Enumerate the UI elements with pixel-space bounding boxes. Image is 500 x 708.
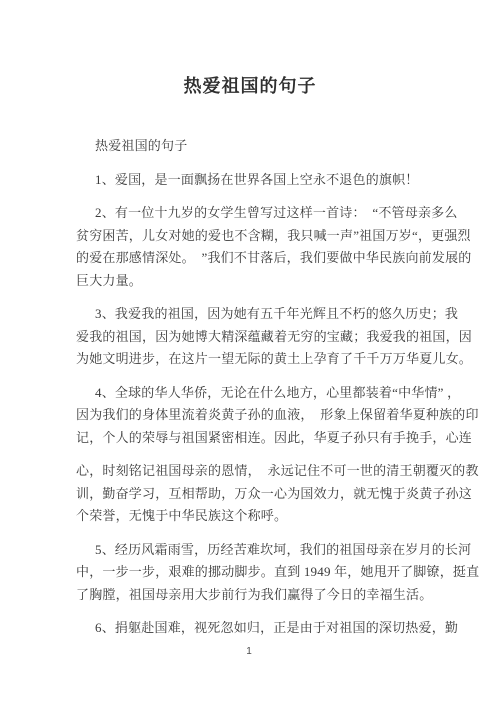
text-line: 个荣誉，无愧于中华民族这个称呼。: [76, 505, 422, 528]
paragraph: 1、爱国，是一面飘扬在世界各国上空永不退色的旗帜！: [76, 169, 422, 192]
text-line: 热爱祖国的句子: [76, 135, 422, 158]
paragraph: 心，时刻铭记祖国母亲的恩情， 永远记住不可一世的清王朝覆灭的教训，勤奋学习，互相…: [76, 460, 422, 528]
text-line: 6、捐躯赴国难，视死忽如归，正是由于对祖国的深切热爱，勤: [76, 617, 422, 640]
text-line: 中，一步一步，艰难的挪动脚步。直到 1949 年，她甩开了脚镣，挺直: [76, 561, 422, 584]
page-number: 1: [246, 646, 252, 657]
text-line: 的爱在那感情深处。 ”我们不甘落后，我们要做中华民族向前发展的: [76, 247, 422, 270]
document-page: 热爱祖国的句子 热爱祖国的句子1、爱国，是一面飘扬在世界各国上空永不退色的旗帜！…: [0, 0, 500, 708]
text-line: 3、我爱我的祖国，因为她有五千年光辉且不朽的悠久历史；我: [76, 303, 422, 326]
text-line: 2、有一位十九岁的女学生曾写过这样一首诗： “不管母亲多么: [76, 202, 422, 225]
text-line: 为她文明进步，在这片一望无际的黄土上孕育了千千万万华夏儿女。: [76, 348, 422, 371]
text-line: 训，勤奋学习，互相帮助，万众一心为国效力，就无愧于炎黄子孙这: [76, 483, 422, 506]
text-line: 5、经历风霜雨雪，历经苦难坎坷，我们的祖国母亲在岁月的长河: [76, 539, 422, 562]
document-title: 热爱祖国的句子: [0, 0, 500, 96]
text-line: 了胸膛，祖国母亲用大步前行为我们赢得了今日的幸福生活。: [76, 584, 422, 607]
text-line: 记，个人的荣辱与祖国紧密相连。因此，华夏子孙只有手挽手，心连: [76, 427, 422, 450]
paragraph: 5、经历风霜雨雪，历经苦难坎坷，我们的祖国母亲在岁月的长河中，一步一步，艰难的挪…: [76, 539, 422, 607]
text-line: 1、爱国，是一面飘扬在世界各国上空永不退色的旗帜！: [76, 169, 422, 192]
paragraph: 4、全球的华人华侨，无论在什么地方，心里都装着“中华情” ，因为我们的身体里流着…: [76, 382, 422, 450]
text-line: 因为我们的身体里流着炎黄子孙的血液， 形象上保留着华夏种族的印: [76, 404, 422, 427]
text-line: 巨大力量。: [76, 270, 422, 293]
text-line: 爱我的祖国，因为她博大精深蕴藏着无穷的宝藏；我爱我的祖国，因: [76, 326, 422, 349]
text-line: 心，时刻铭记祖国母亲的恩情， 永远记住不可一世的清王朝覆灭的教: [76, 460, 422, 483]
paragraph: 2、有一位十九岁的女学生曾写过这样一首诗： “不管母亲多么贫穷困苦，儿女对她的爱…: [76, 202, 422, 292]
text-line: 4、全球的华人华侨，无论在什么地方，心里都装着“中华情” ，: [76, 382, 422, 405]
page-footer: 1: [76, 645, 422, 659]
document-body: 热爱祖国的句子1、爱国，是一面飘扬在世界各国上空永不退色的旗帜！2、有一位十九岁…: [76, 135, 422, 640]
paragraph: 3、我爱我的祖国，因为她有五千年光辉且不朽的悠久历史；我爱我的祖国，因为她博大精…: [76, 303, 422, 371]
paragraph: 热爱祖国的句子: [76, 135, 422, 158]
paragraph: 6、捐躯赴国难，视死忽如归，正是由于对祖国的深切热爱，勤: [76, 617, 422, 640]
text-line: 贫穷困苦，儿女对她的爱也不含糊，我只喊一声”祖国万岁“，更强烈: [76, 225, 422, 248]
